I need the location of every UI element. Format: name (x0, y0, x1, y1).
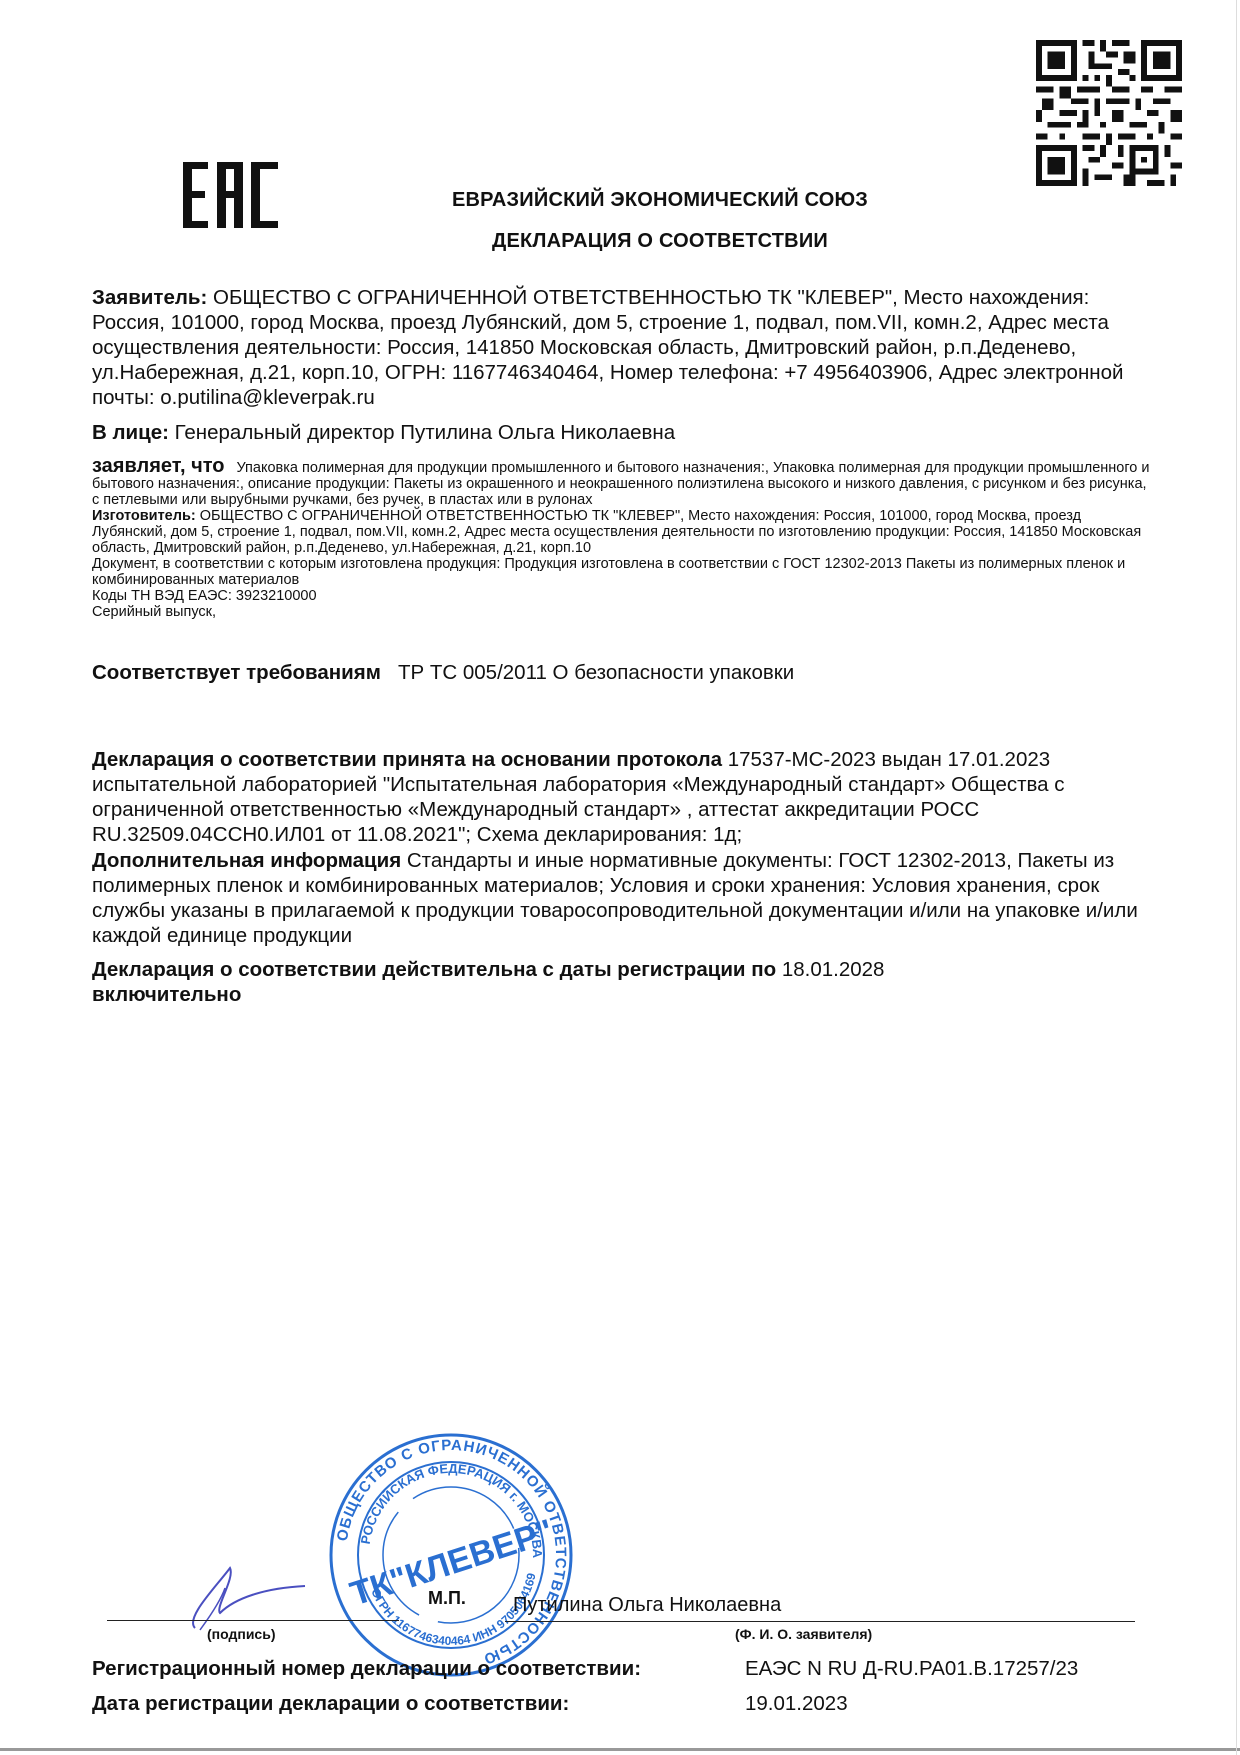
validity-section: Декларация о соответствии действительна … (92, 957, 1152, 1007)
document-basis: Документ, в соответствии с которым изгот… (92, 556, 1125, 588)
additional-info-label: Дополнительная информация (92, 849, 401, 872)
manufacturer-text: ОБЩЕСТВО С ОГРАНИЧЕННОЙ ОТВЕТСТВЕННОСТЬЮ… (92, 508, 1141, 556)
document-title: ДЕКЛАРАЦИЯ О СООТВЕТСТВИИ (0, 230, 1240, 253)
complies-label: Соответствует требованиям (92, 661, 381, 684)
registration-date-label: Дата регистрации декларации о соответств… (92, 1692, 569, 1716)
declares-label: заявляет, что (92, 455, 225, 477)
applicant-name: Путилина Ольга Николаевна (513, 1594, 781, 1617)
name-line (505, 1621, 1135, 1622)
qr-code-icon (1036, 40, 1182, 186)
mp-mark: М.П. (428, 1588, 466, 1609)
product-description: Упаковка полимерная для продукции промыш… (92, 460, 1150, 508)
tnved-codes: Коды ТН ВЭД ЕАЭС: 3923210000 (92, 588, 317, 604)
union-title: ЕВРАЗИЙСКИЙ ЭКОНОМИЧЕСКИЙ СОЮЗ (0, 189, 1240, 212)
company-seal-icon: ОБЩЕСТВО С ОГРАНИЧЕННОЙ ОТВЕТСТВЕННОСТЬЮ… (328, 1432, 574, 1678)
basis-label: Декларация о соответствии принята на осн… (92, 748, 722, 771)
declares-section: заявляет, чтоУпаковка полимерная для про… (92, 458, 1152, 620)
name-caption: (Ф. И. О. заявителя) (735, 1626, 872, 1642)
represented-by-text: Генеральный директор Путилина Ольга Нико… (169, 421, 675, 444)
signature-icon (175, 1558, 315, 1633)
complies-text: ТР ТС 005/2011 О безопасности упаковки (398, 661, 794, 684)
validity-date: 18.01.2028 (776, 958, 884, 981)
applicant-section: Заявитель: ОБЩЕСТВО С ОГРАНИЧЕННОЙ ОТВЕТ… (92, 285, 1152, 410)
manufacturer-label: Изготовитель: (92, 508, 196, 524)
complies-section: Соответствует требованиям ТР ТС 005/2011… (92, 660, 1152, 685)
serial-release: Серийный выпуск, (92, 604, 216, 620)
signature-line (107, 1620, 399, 1621)
registration-date-value: 19.01.2023 (745, 1692, 848, 1716)
applicant-text: ОБЩЕСТВО С ОГРАНИЧЕННОЙ ОТВЕТСТВЕННОСТЬЮ… (92, 286, 1123, 409)
validity-inclusive: включительно (92, 983, 241, 1006)
basis-section: Декларация о соответствии принята на осн… (92, 747, 1152, 847)
applicant-label: Заявитель: (92, 286, 207, 309)
represented-by-label: В лице: (92, 421, 169, 444)
validity-label: Декларация о соответствии действительна … (92, 958, 776, 981)
page-bottom-edge (0, 1748, 1240, 1751)
registration-number-label: Регистрационный номер декларации о соотв… (92, 1657, 641, 1681)
page-right-edge (1236, 0, 1237, 1755)
additional-info-section: Дополнительная информация Стандарты и ин… (92, 848, 1152, 948)
registration-number-value: ЕАЭС N RU Д-RU.РА01.В.17257/23 (745, 1657, 1078, 1681)
represented-by-section: В лице: Генеральный директор Путилина Ол… (92, 420, 1152, 445)
signature-caption: (подпись) (207, 1626, 276, 1642)
